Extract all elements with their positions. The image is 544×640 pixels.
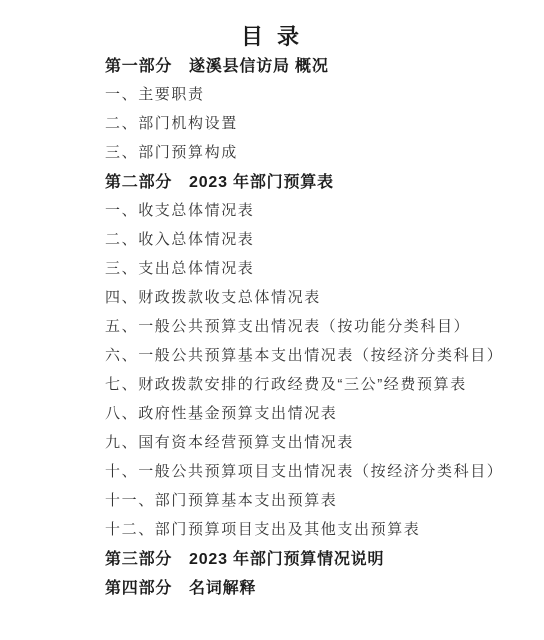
- toc-entry: 第二部分 2023 年部门预算表: [105, 166, 534, 195]
- toc-entry: 一、主要职责: [105, 79, 534, 108]
- toc-entry: 十二、部门预算项目支出及其他支出预算表: [105, 514, 534, 543]
- toc-entry: 五、一般公共预算支出情况表（按功能分类科目）: [105, 311, 534, 340]
- toc-entry: 七、财政拨款安排的行政经费及“三公”经费预算表: [105, 369, 534, 398]
- toc-entry: 四、财政拨款收支总体情况表: [105, 282, 534, 311]
- toc-entry: 六、一般公共预算基本支出情况表（按经济分类科目）: [105, 340, 534, 369]
- toc-entry: 二、部门机构设置: [105, 108, 534, 137]
- toc-list: 第一部分 遂溪县信访局 概况一、主要职责二、部门机构设置三、部门预算构成第二部分…: [105, 50, 534, 601]
- toc-entry: 二、收入总体情况表: [105, 224, 534, 253]
- page-title: 目 录: [0, 20, 544, 51]
- toc-entry: 八、政府性基金预算支出情况表: [105, 398, 534, 427]
- toc-entry: 十一、部门预算基本支出预算表: [105, 485, 534, 514]
- toc-entry: 第三部分 2023 年部门预算情况说明: [105, 543, 534, 572]
- toc-entry: 第四部分 名词解释: [105, 572, 534, 601]
- toc-entry: 第一部分 遂溪县信访局 概况: [105, 50, 534, 79]
- toc-entry: 九、国有资本经营预算支出情况表: [105, 427, 534, 456]
- document-page: 目 录 第一部分 遂溪县信访局 概况一、主要职责二、部门机构设置三、部门预算构成…: [0, 0, 544, 640]
- toc-entry: 一、收支总体情况表: [105, 195, 534, 224]
- toc-entry: 三、支出总体情况表: [105, 253, 534, 282]
- toc-entry: 十、一般公共预算项目支出情况表（按经济分类科目）: [105, 456, 534, 485]
- toc-entry: 三、部门预算构成: [105, 137, 534, 166]
